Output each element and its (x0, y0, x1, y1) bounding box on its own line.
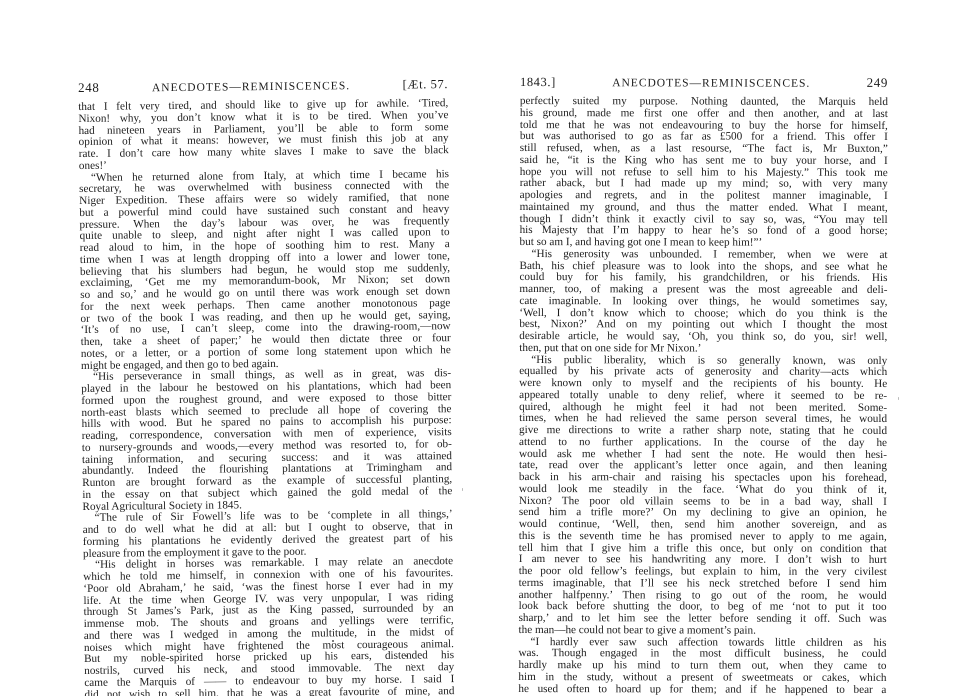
right-page: 1843.] ANECDOTES—REMINISCENCES. 249 perf… (518, 74, 888, 696)
page-number: 248 (78, 80, 99, 96)
running-title: ANECDOTES—REMINISCENCES. (612, 77, 810, 90)
margin-note: [Æt. 57. (403, 77, 449, 92)
running-title: ANECDOTES—REMINISCENCES. (152, 80, 350, 94)
left-page: 248 ANECDOTES—REMINISCENCES. [Æt. 57. th… (78, 76, 454, 696)
left-page-body: that I felt very tired, and should like … (78, 98, 454, 696)
scan-speck (332, 640, 334, 642)
right-page-body: perfectly suited my purpose. Nothing dau… (518, 96, 888, 696)
left-running-head: 248 ANECDOTES—REMINISCENCES. [Æt. 57. (78, 76, 448, 96)
margin-note: 1843.] (520, 75, 556, 90)
scan-speck (411, 664, 412, 665)
right-running-head: 1843.] ANECDOTES—REMINISCENCES. 249 (520, 74, 888, 91)
page-number: 249 (867, 75, 888, 91)
scan-speck (462, 488, 463, 491)
scan-speck (405, 655, 407, 657)
scan-speck (898, 397, 899, 400)
text-line: he used often to hoard up for them; and … (518, 683, 886, 696)
